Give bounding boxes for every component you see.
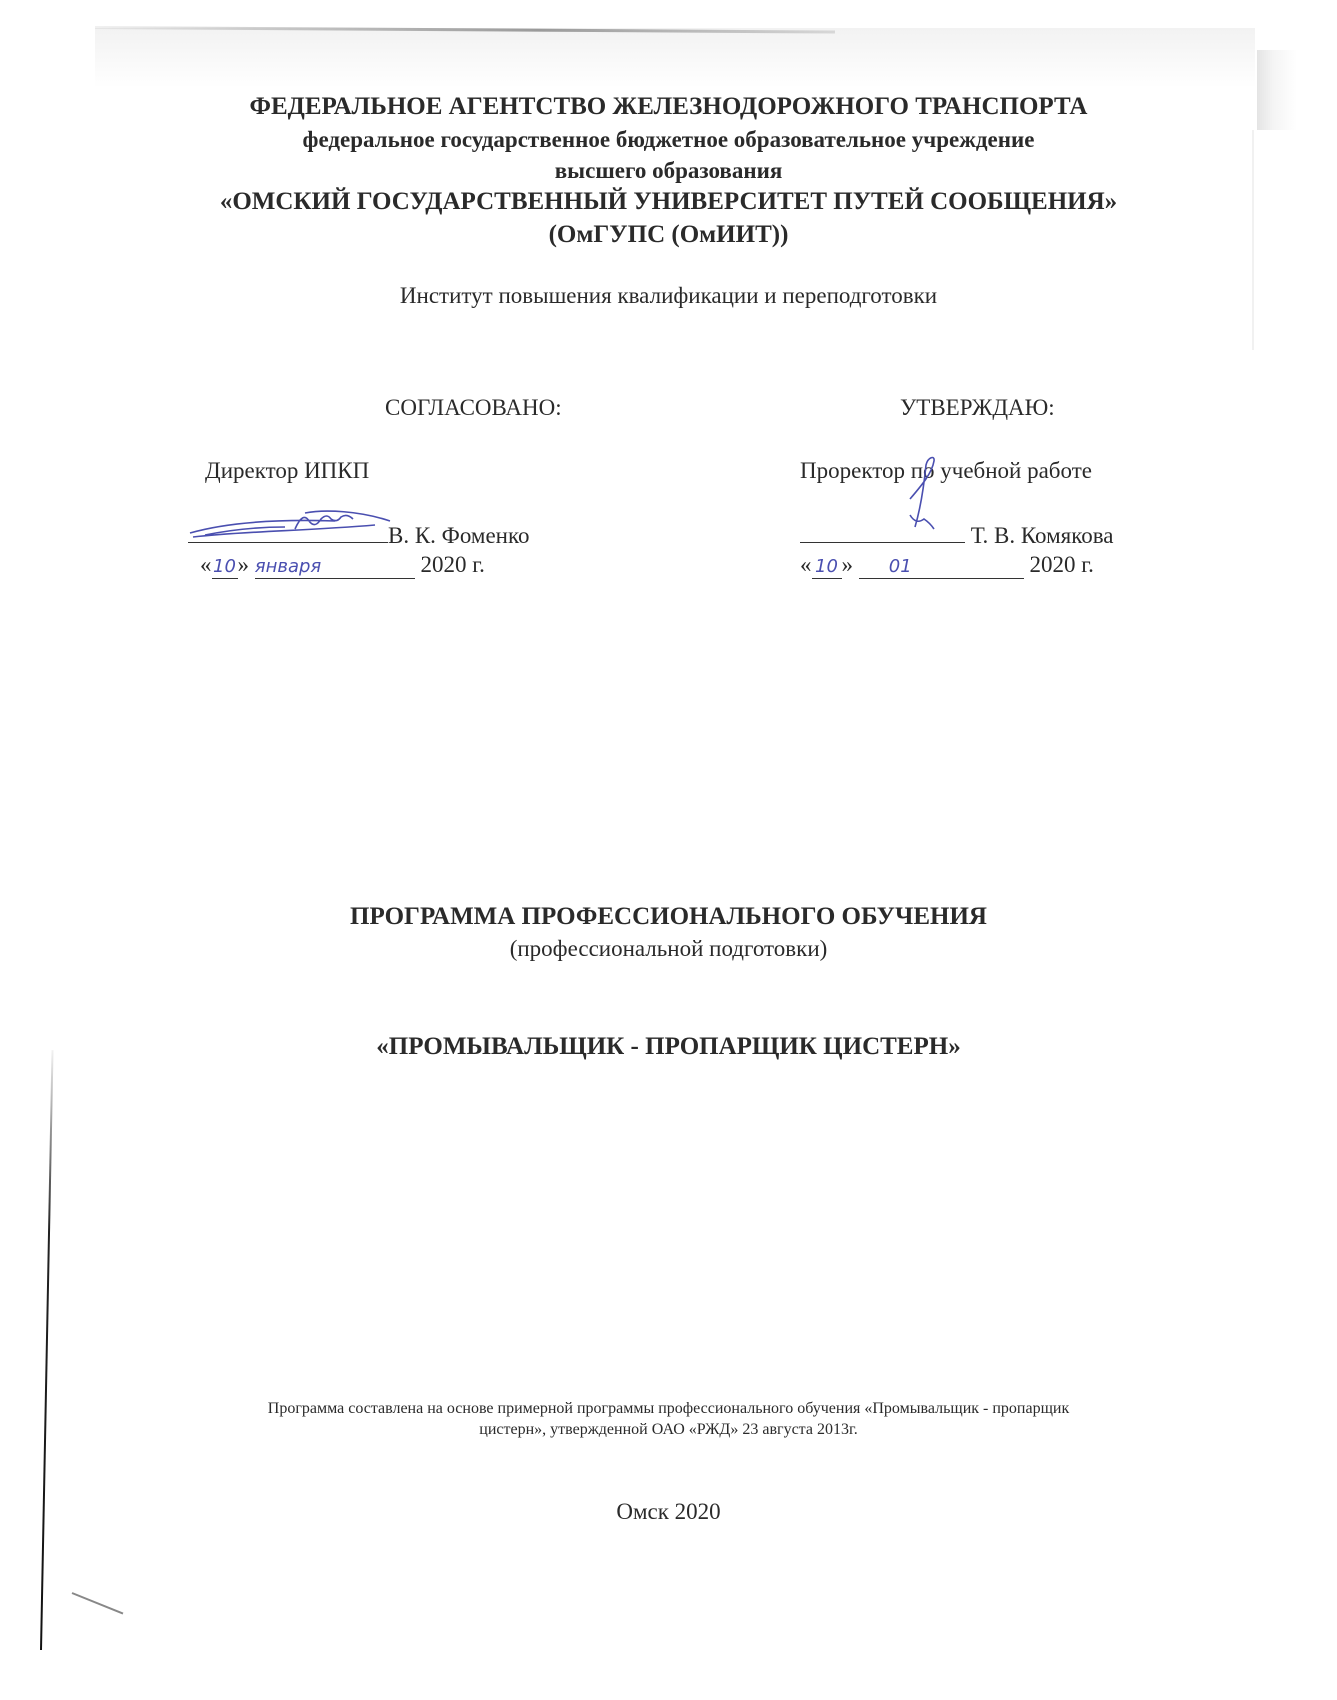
- university-abbreviation: (ОмГУПС (ОмИИТ)): [0, 221, 1337, 249]
- approval-left-name: В. К. Фоменко: [388, 523, 530, 548]
- program-title: ПРОГРАММА ПРОФЕССИОНАЛЬНОГО ОБУЧЕНИЯ: [0, 903, 1337, 931]
- approval-right-signature-line: Т. В. Комякова: [800, 520, 1114, 549]
- handwritten-day-right: 10: [815, 556, 838, 577]
- approval-left-year: 2020 г.: [421, 552, 485, 577]
- approval-right-year: 2020 г.: [1030, 552, 1094, 577]
- agency-title: ФЕДЕРАЛЬНОЕ АГЕНТСТВО ЖЕЛЕЗНОДОРОЖНОГО Т…: [0, 93, 1337, 121]
- city-year: Омск 2020: [0, 1499, 1337, 1525]
- approval-left-heading: СОГЛАСОВАНО:: [385, 395, 562, 421]
- institution-type-line2: высшего образования: [0, 158, 1337, 184]
- scan-artifact-mark: [72, 1592, 124, 1614]
- approval-right-date: «10» 01 2020 г.: [800, 552, 1094, 579]
- university-name: «ОМСКИЙ ГОСУДАРСТВЕННЫЙ УНИВЕРСИТЕТ ПУТЕ…: [0, 188, 1337, 216]
- basis-note-line1: Программа составлена на основе примерной…: [0, 1400, 1337, 1418]
- profession-name: «ПРОМЫВАЛЬЩИК - ПРОПАРЩИК ЦИСТЕРН»: [0, 1033, 1337, 1061]
- institution-type-line1: федеральное государственное бюджетное об…: [0, 127, 1337, 153]
- binding-edge-line: [40, 1050, 54, 1650]
- basis-note-line2: цистерн», утвержденной ОАО «РЖД» 23 авгу…: [0, 1421, 1337, 1439]
- handwritten-month-left: января: [255, 556, 322, 577]
- approval-right-heading: УТВЕРЖДАЮ:: [900, 395, 1055, 421]
- approval-left-position: Директор ИПКП: [205, 458, 369, 484]
- signature-scribble-left-icon: [185, 505, 395, 545]
- approval-right-name: Т. В. Комякова: [971, 523, 1114, 548]
- handwritten-month-right: 01: [889, 556, 912, 577]
- approval-left-date: «10» января 2020 г.: [200, 552, 485, 579]
- scan-shadow-top: [95, 28, 1255, 88]
- program-subtitle: (профессиональной подготовки): [0, 936, 1337, 962]
- signature-scribble-right-icon: [890, 455, 950, 540]
- institute-name: Институт повышения квалификации и перепо…: [0, 283, 1337, 309]
- handwritten-day-left: 10: [213, 556, 236, 577]
- scanned-document-page: ФЕДЕРАЛЬНОЕ АГЕНТСТВО ЖЕЛЕЗНОДОРОЖНОГО Т…: [0, 0, 1337, 1700]
